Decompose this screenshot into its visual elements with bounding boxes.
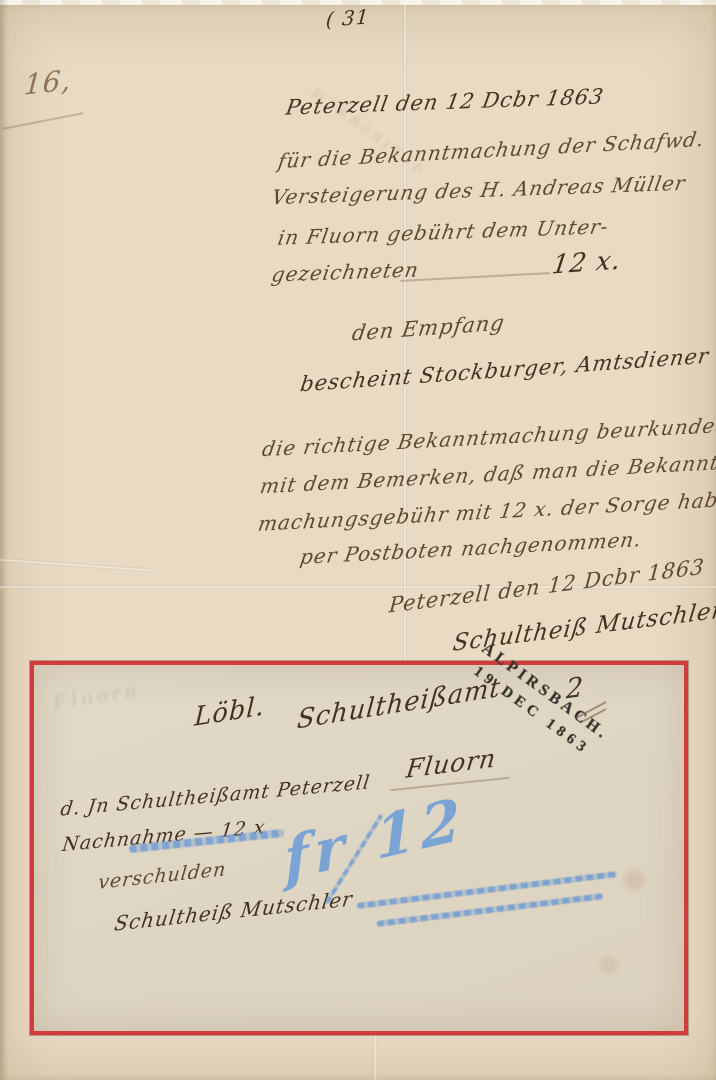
blue-underline-1 xyxy=(357,871,618,909)
fold-crease-vertical-bottom xyxy=(373,1035,377,1080)
scanned-letter-page: ALPIRSBACH. 16, ( 31 Peterzell den 12 Dc… xyxy=(0,0,716,1080)
sender-note: verschulden xyxy=(97,858,227,894)
fee-amount: 12 x. xyxy=(550,245,623,280)
address-honorific: Löbl. xyxy=(194,691,266,733)
deckle-left-edge xyxy=(0,0,9,1080)
rate-mark: 2 xyxy=(566,672,585,706)
address-place: Fluorn xyxy=(405,743,499,784)
postal-cover: Fluorn Löbl. Schultheißamt Fluorn ALPIRS… xyxy=(30,661,688,1035)
blue-crayon-mark: fr 12 xyxy=(283,784,468,895)
folio-number: ( 31 xyxy=(325,4,370,31)
sender-note-signature: Schultheiß Mutschler xyxy=(113,886,355,936)
address-office: Schultheißamt xyxy=(296,672,502,735)
sender-note: d. Jn Schultheißamt Peterzell xyxy=(59,771,371,820)
cover-ghost-writing: Fluorn xyxy=(51,677,143,715)
archive-number: 16, xyxy=(23,63,73,101)
